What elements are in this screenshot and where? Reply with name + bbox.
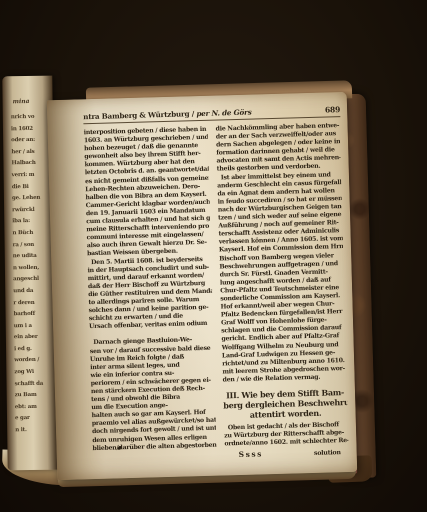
text-line: iba la:: [12, 216, 50, 228]
text-line: e gar: [15, 413, 53, 425]
text-line: ge. Lehen: [12, 193, 50, 205]
text-line: nrich vo: [11, 112, 49, 124]
text-line: angeschl: [13, 274, 51, 286]
text-line: in 1602: [11, 123, 49, 135]
text-line: verri: m: [12, 170, 50, 182]
text-line: n it.: [15, 425, 53, 437]
text-line: Halbach: [11, 158, 49, 170]
header-title-latin: per N. de Görs: [196, 108, 251, 119]
photo-background: mina nrich voin 1602oder an:her / alsHal…: [0, 0, 427, 512]
text-line: ein aber: [14, 332, 52, 344]
text-line: ra / son: [13, 239, 51, 251]
text-line: barhoff: [14, 309, 52, 321]
running-header: ntra Bamberg & Würtzburg / per N. de Gör…: [83, 105, 340, 124]
text-columns: interposition gebeten / diese haben in a…: [84, 122, 350, 463]
section-heading: III. Wie bey dem Stifft Bam-berg derglei…: [223, 387, 348, 420]
book-photo: mina nrich voin 1602oder an:her / alsHal…: [0, 0, 427, 512]
facing-page-header-fragment: mina: [13, 98, 30, 105]
text-line: zog Wi: [14, 367, 52, 379]
text-column-left: interposition gebeten / diese haben in a…: [84, 126, 217, 464]
text-line: i ed g.: [14, 344, 52, 356]
page-number: 689: [325, 105, 341, 114]
text-line: oder an:: [11, 135, 49, 147]
text-line: ebt: am: [15, 402, 53, 414]
text-line: r deren: [13, 297, 51, 309]
signature-mark: Ssss: [239, 450, 263, 460]
text-line: rwürckl: [12, 204, 50, 216]
text-column-right: die Nachkömmling aber haben entwe-der an…: [216, 122, 349, 460]
closing-paragraph: Oben ist gedacht / als der Bischoffzu Wü…: [224, 421, 349, 449]
text-line: n wollen,: [13, 262, 51, 274]
text-line: schafft da: [14, 378, 52, 390]
text-line: und da: [13, 286, 51, 298]
facing-page-text-fragments: nrich voin 1602oder an:her / alsHalbachv…: [11, 112, 54, 437]
page-content: ntra Bamberg & Würtzburg / per N. de Gör…: [83, 105, 350, 471]
right-column-body: die Nachkömmling aber haben entwe-der an…: [216, 122, 347, 384]
text-line: worden /: [14, 355, 52, 367]
text-line: um i a: [14, 320, 52, 332]
text-line: die Bi: [12, 181, 50, 193]
text-line: n Büch: [12, 228, 50, 240]
text-line: ne udita: [13, 251, 51, 263]
header-spacer: [252, 112, 325, 114]
text-line: her / als: [11, 147, 49, 159]
header-title: ntra Bamberg & Würtzburg /: [83, 109, 196, 121]
text-line: zu Bam: [15, 390, 53, 402]
catchword: solution: [314, 449, 341, 457]
main-page: ntra Bamberg & Würtzburg / per N. de Gör…: [47, 92, 357, 480]
